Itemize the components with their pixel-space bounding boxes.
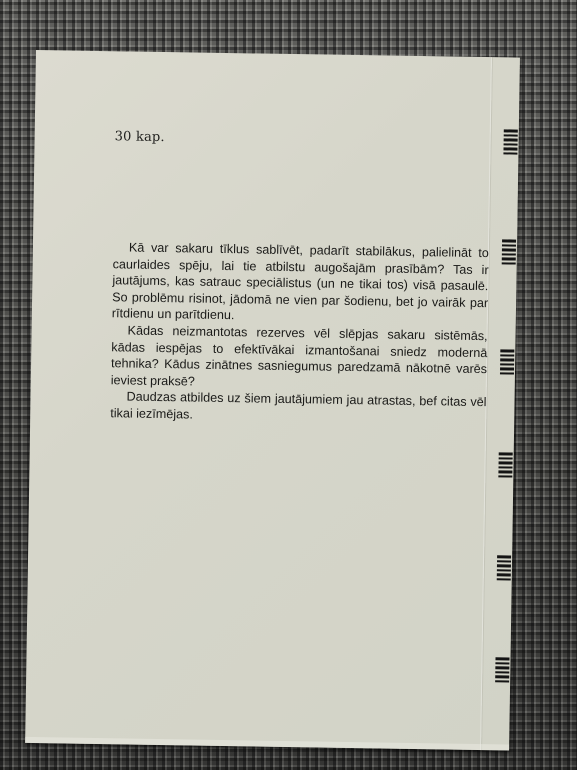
edge-mark-group bbox=[498, 452, 512, 477]
edge-mark-group bbox=[495, 657, 509, 682]
edge-mark-group bbox=[502, 239, 516, 264]
edge-mark-group bbox=[497, 555, 511, 580]
paragraph-2: Kādas neizmantotas rezerves vēl slēpjas … bbox=[111, 322, 488, 394]
edge-mark-group bbox=[500, 349, 514, 374]
book-back-cover: 30 kap. Kā var sakaru tīklus sablīvēt, p… bbox=[25, 50, 520, 751]
chapter-label: 30 kap. bbox=[115, 129, 165, 145]
edge-mark-group bbox=[503, 129, 517, 154]
paragraph-3: Daudzas atbildes uz šiem jautājumiem jau… bbox=[110, 389, 486, 428]
page-bottom-edge bbox=[25, 737, 509, 751]
blurb-text: Kā var sakaru tīklus sablīvēt, padarīt s… bbox=[110, 239, 489, 427]
paragraph-1: Kā var sakaru tīklus sablīvēt, padarīt s… bbox=[112, 239, 489, 328]
